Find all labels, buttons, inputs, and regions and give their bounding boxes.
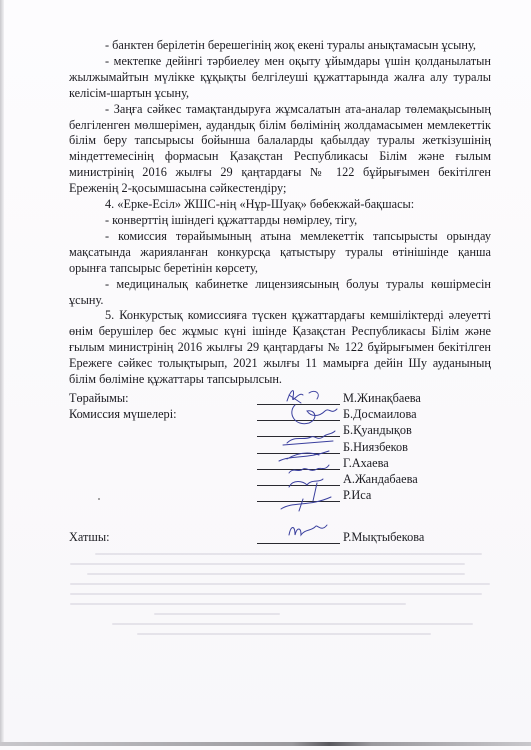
role-label: Хатшы:	[69, 530, 110, 545]
document-body: - банктен берілетін берешегінің жоқ екен…	[69, 38, 491, 388]
signatory-name: Б.Қуандықов	[343, 423, 412, 438]
paragraph-bank-certificate: - банктен берілетін берешегінің жоқ екен…	[69, 38, 491, 54]
reverse-side-bleed-through	[70, 545, 490, 665]
signatory-name: Б.Ниязбеков	[343, 440, 408, 455]
paragraph-item-5-deadline: 5. Конкурстық комиссияға түскен құжаттар…	[69, 308, 491, 388]
scan-speck	[98, 498, 100, 500]
paragraph-supplier-obligation: - Заңға сәйкес тамақтандыруға жұмсалатын…	[69, 102, 491, 197]
signatory-name: Р.Мықтыбекова	[343, 530, 424, 545]
paragraph-application-places: - комиссия төрайымының атына мемлекеттік…	[69, 229, 491, 277]
paragraph-item-4-heading: 4. «Ерке-Есіл» ЖШС-нің «Нұр-Шуақ» бөбекж…	[69, 197, 491, 213]
document-page: - банктен берілетін берешегінің жоқ екен…	[0, 0, 531, 746]
paragraph-lease-agreement: - мектепке дейінгі тәрбиелеу мен оқыту ұ…	[69, 54, 491, 102]
page-bottom-edge	[0, 742, 531, 746]
signature-block: Төрайымы: М.Жинақбаева Комиссия мүшелері…	[69, 391, 499, 547]
role-label: Төрайымы:	[69, 391, 129, 406]
paragraph-medical-license: - медициналық кабинетке лицензиясының бо…	[69, 277, 491, 309]
signatory-name: Б.Досмаилова	[343, 407, 417, 422]
signatory-name: М.Жинақбаева	[343, 391, 421, 406]
role-label: Комиссия мүшелері:	[69, 407, 177, 422]
handwritten-signatures-icon	[259, 383, 349, 543]
paragraph-envelope-numbering: - конверттің ішіндегі құжаттарды нөмірле…	[69, 213, 491, 229]
signatory-name: Г.Ахаева	[343, 456, 389, 471]
page-edge-shadow	[0, 0, 4, 746]
signatory-name: А.Жандабаева	[343, 472, 418, 487]
